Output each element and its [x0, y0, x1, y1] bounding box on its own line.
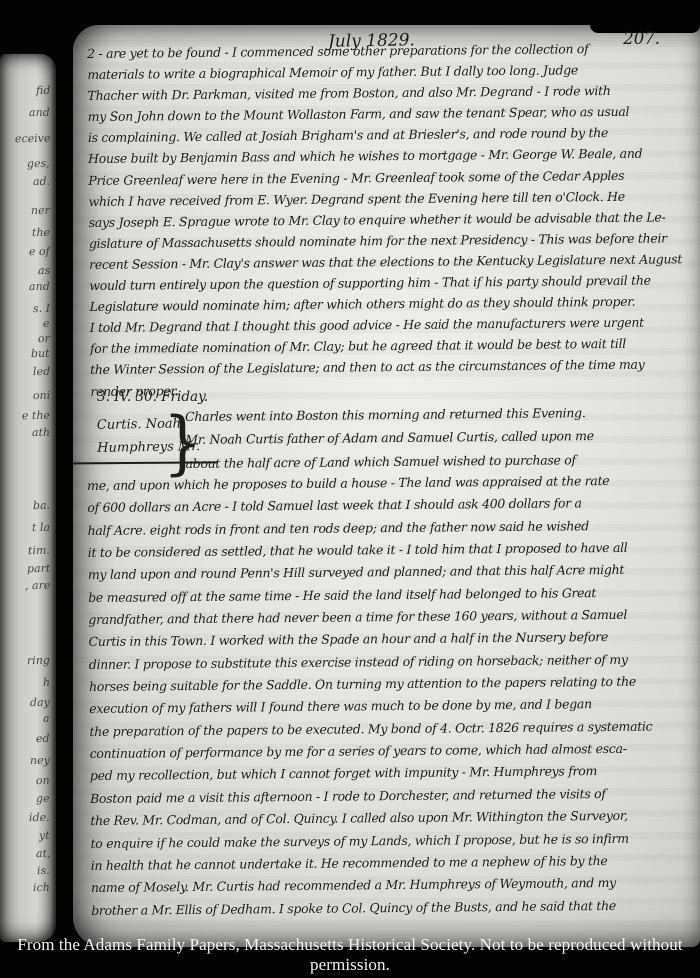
left-page-text-fragment: s. I — [33, 303, 50, 315]
left-page-text-fragment: ney — [30, 755, 50, 767]
left-page-text-fragment: e the — [22, 410, 50, 422]
left-page-text-fragment: eceive — [14, 133, 50, 146]
left-page-text-fragment: ad. — [33, 176, 50, 188]
manuscript-photo: fidandeceiveges,ad.nerthee ofasands. Ieo… — [0, 0, 700, 978]
left-page-text-fragment: at, — [35, 848, 50, 860]
left-page-text-fragment: on — [36, 775, 50, 787]
left-page-text-fragment: e — [43, 318, 50, 330]
archive-caption: From the Adams Family Papers, Massachuse… — [0, 935, 700, 975]
left-page-text-fragment: yt — [39, 830, 50, 842]
left-page-text-fragment: h — [43, 677, 50, 689]
left-page-text-fragment: or — [38, 333, 50, 345]
left-page-text-fragment: but — [31, 348, 50, 360]
left-page-text-fragment: ide. — [29, 812, 50, 824]
left-page-text-fragment: t la — [32, 522, 50, 534]
entry-july-2-text: 2 - are yet to be found - I commenced so… — [87, 37, 683, 401]
left-page-text-fragment: as — [38, 265, 50, 277]
left-page-text-fragment: ner — [31, 205, 50, 217]
entry-july-3-text: me, and upon which he proposes to build … — [87, 470, 654, 922]
left-page-text-fragment: the — [32, 227, 50, 239]
entry-july-3-indented-text: Charles went into Boston this morning an… — [185, 401, 594, 475]
left-page-text-fragment: part — [27, 563, 50, 575]
manuscript-line: brother a Mr. Ellis of Dedham. I spoke t… — [91, 894, 654, 922]
left-page-text-fragment: ges, — [27, 158, 50, 170]
left-page-text-fragment: ath — [32, 427, 50, 439]
left-page-text-fragment: and — [29, 281, 50, 293]
left-page-text-fragment: fid — [36, 85, 51, 97]
manuscript-page: July 1829. 207. 2 - are yet to be found … — [73, 25, 700, 947]
left-page-text-fragment: ba. — [33, 500, 50, 512]
left-page-text-fragment: tim. — [28, 545, 50, 557]
left-page-text-fragment: ich — [33, 882, 50, 894]
left-page-text-fragment: e of — [29, 246, 50, 258]
left-page-edge: fidandeceiveges,ad.nerthee ofasands. Ieo… — [0, 54, 56, 942]
left-page-text-fragment: led — [33, 366, 50, 378]
left-page-text-fragment: is. — [37, 865, 50, 877]
left-page-text-fragment: ge — [36, 793, 50, 805]
left-page-text-fragment: day — [30, 697, 50, 709]
left-page-text-fragment: and — [29, 107, 50, 119]
left-page-text-fragment: ring — [27, 655, 50, 667]
left-page-text-fragment: , are — [25, 580, 51, 592]
left-page-text-fragment: oni — [33, 390, 50, 402]
left-page-text-fragment: ed — [36, 733, 50, 745]
left-page-text-fragment: a — [43, 713, 50, 725]
